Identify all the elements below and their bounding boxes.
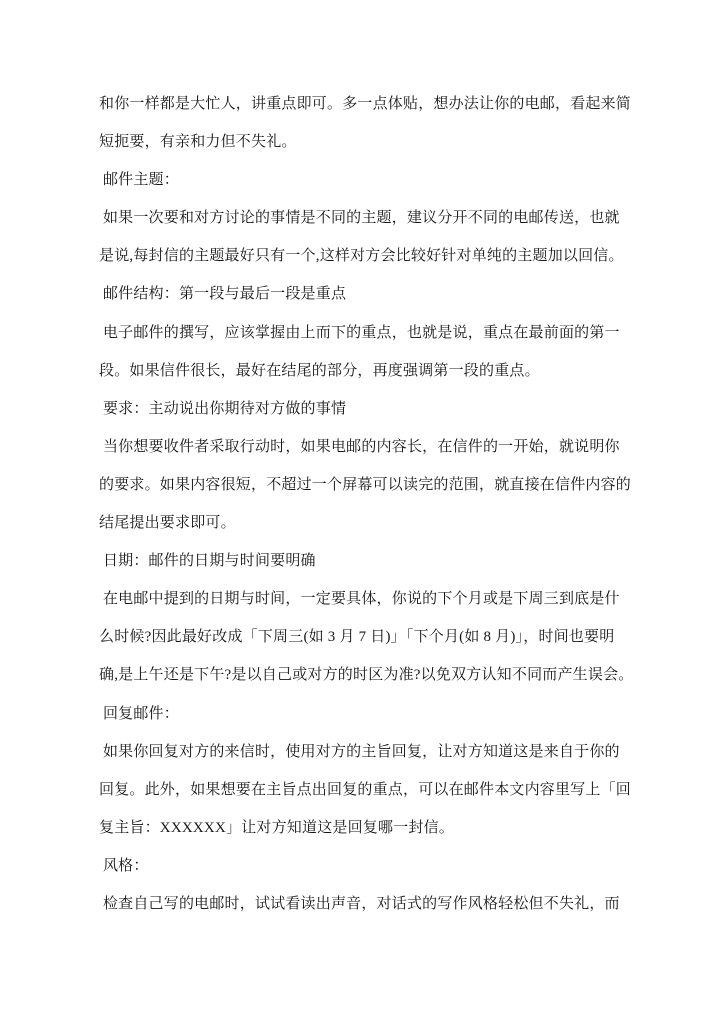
section-heading-request: 要求：主动说出你期待对方做的事情	[99, 390, 659, 428]
text-line: 在电邮中提到的日期与时间，一定要具体，你说的下个月或是下周三到底是什	[99, 580, 659, 618]
text-line: 段。如果信件很长，最好在结尾的部分，再度强调第一段的重点。	[99, 352, 659, 390]
section-heading-reply: 回复邮件：	[99, 695, 659, 733]
document-text-block: 和你一样都是大忙人，讲重点即可。多一点体贴，想办法让你的电邮，看起来简 短扼要，…	[99, 85, 659, 923]
text-line: 确,是上午还是下午?是以自己或对方的时区为准?以免双方认知不同而产生误会。	[99, 656, 659, 694]
text-line: 如果你回复对方的来信时，使用对方的主旨回复，让对方知道这是来自于你的	[99, 733, 659, 771]
text-line: 复主旨：XXXXXX」让对方知道这是回复哪一封信。	[99, 809, 659, 847]
text-line: 是说,每封信的主题最好只有一个,这样对方会比较好针对单纯的主题加以回信。	[99, 237, 659, 275]
section-heading-structure: 邮件结构：第一段与最后一段是重点	[99, 275, 659, 313]
text-line: 检查自己写的电邮时，试试看读出声音，对话式的写作风格轻松但不失礼，而	[99, 885, 659, 923]
section-heading-style: 风格：	[99, 847, 659, 885]
section-heading-date: 日期：邮件的日期与时间要明确	[99, 542, 659, 580]
document-body: { "document": { "language": "zh", "backg…	[0, 0, 721, 1020]
text-line: 么时候?因此最好改成「下周三(如 3 月 7 日)」「下个月(如 8 月)」，时…	[99, 618, 659, 656]
text-line: 如果一次要和对方讨论的事情是不同的主题，建议分开不同的电邮传送，也就	[99, 199, 659, 237]
text-line: 的要求。如果内容很短，不超过一个屏幕可以读完的范围，就直接在信件内容的	[99, 466, 659, 504]
text-line: 回复。此外，如果想要在主旨点出回复的重点，可以在邮件本文内容里写上「回	[99, 771, 659, 809]
document-page: 和你一样都是大忙人，讲重点即可。多一点体贴，想办法让你的电邮，看起来简 短扼要，…	[0, 0, 721, 1020]
text-line: 电子邮件的撰写，应该掌握由上而下的重点，也就是说，重点在最前面的第一	[99, 314, 659, 352]
text-line: 当你想要收件者采取行动时，如果电邮的内容长，在信件的一开始，就说明你	[99, 428, 659, 466]
text-line: 短扼要，有亲和力但不失礼。	[99, 123, 659, 161]
text-line: 和你一样都是大忙人，讲重点即可。多一点体贴，想办法让你的电邮，看起来简	[99, 85, 659, 123]
section-heading-subject: 邮件主题：	[99, 161, 659, 199]
text-line: 结尾提出要求即可。	[99, 504, 659, 542]
